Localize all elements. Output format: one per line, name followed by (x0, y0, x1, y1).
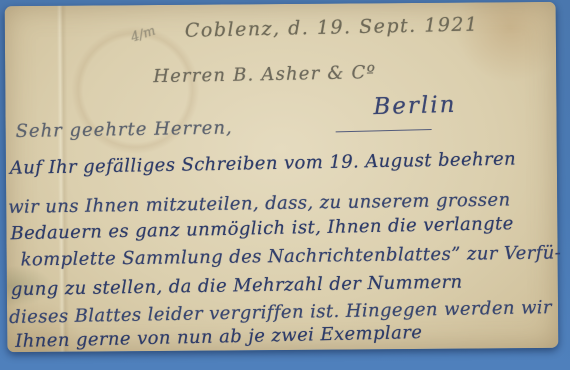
dateline: Coblenz, d. 19. Sept. 1921 (185, 13, 479, 41)
body-line-4: komplette Sammlung des Nachrichtenblatte… (21, 242, 562, 270)
pencil-notation: 4/m (129, 24, 157, 46)
body-line-6: dieses Blattes leider vergriffen ist. Hi… (9, 297, 552, 328)
body-line-1: Auf Ihr gefälliges Schreiben vom 19. Aug… (10, 149, 517, 179)
body-line-5: gung zu stellen, da die Mehrzahl der Num… (11, 272, 463, 300)
city-underline-rule (336, 129, 432, 132)
addressee-city: Berlin (373, 92, 457, 120)
photo-backdrop: 4/m Coblenz, d. 19. Sept. 1921 Herren B.… (0, 0, 570, 370)
body-line-3: Bedauern es ganz unmöglich ist, Ihnen di… (10, 213, 514, 244)
postcard: 4/m Coblenz, d. 19. Sept. 1921 Herren B.… (5, 2, 559, 352)
salutation: Sehr geehrte Herren, (15, 117, 232, 142)
body-line-2: wir uns Ihnen mitzuteilen, dass, zu unse… (8, 189, 511, 217)
addressee-line: Herren B. Asher & Cº (153, 62, 376, 87)
